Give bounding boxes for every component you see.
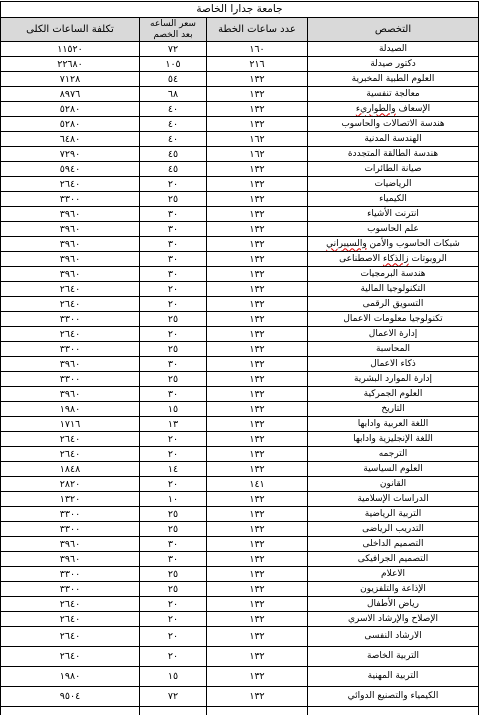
total-cell: ٥٢٨٠	[0, 102, 139, 117]
price-cell: ٣٠	[140, 207, 207, 222]
specialization-cell: الهندسة المدنية	[308, 132, 479, 147]
table-row: هندسة الاتصالات والحاسوب١٣٢٤٠٥٢٨٠	[0, 117, 478, 132]
price-cell: ٢٥	[140, 507, 207, 522]
specialization-cell: الكيمياء	[308, 192, 479, 207]
total-cell: ٣٣٠٠	[0, 342, 139, 357]
empty-cell	[308, 707, 479, 715]
price-cell: ٢٠	[140, 327, 207, 342]
price-cell: ١٥	[140, 402, 207, 417]
total-cell: ٨٩٧٦	[0, 87, 139, 102]
plan-hours-cell: ١٣٢	[207, 522, 308, 537]
total-cell: ١٣٢٠	[0, 492, 139, 507]
price-cell: ٣٠	[140, 387, 207, 402]
plan-hours-cell: ١٣٢	[207, 667, 308, 687]
plan-hours-cell: ١٣٢	[207, 432, 308, 447]
plan-hours-cell: ١٣٢	[207, 72, 308, 87]
price-cell: ٤٠	[140, 132, 207, 147]
table-row: الإذاعة والتلفزيون١٣٢٢٥٣٣٠٠	[0, 582, 478, 597]
empty-cell	[207, 707, 308, 715]
specialization-cell: صيانة الطائرات	[308, 162, 479, 177]
table-row: العلوم الجمركية١٣٢٣٠٣٩٦٠	[0, 387, 478, 402]
table-row: التربية الخاصة١٣٢٢٠٢٦٤٠	[0, 647, 478, 667]
specialization-cell: اللغة الإنجليزية وادابها	[308, 432, 479, 447]
table-row: التصميم الجرافيكى١٣٢٣٠٣٩٦٠	[0, 552, 478, 567]
table-row: القانون١٤١٢٠٢٨٢٠	[0, 477, 478, 492]
table-row: الاعلام١٣٢٢٥٣٣٠٠	[0, 567, 478, 582]
total-cell: ٩٥٠٤	[0, 687, 139, 707]
total-cell: ٣٣٠٠	[0, 567, 139, 582]
plan-hours-cell: ٢١٦	[207, 57, 308, 72]
plan-hours-cell: ١٣٢	[207, 282, 308, 297]
specialization-cell: المحاسبة	[308, 342, 479, 357]
price-cell: ٢٠	[140, 282, 207, 297]
total-cell: ٢٨٢٠	[0, 477, 139, 492]
price-cell: ٢٠	[140, 627, 207, 647]
table-row: التربية المهنية١٣٢١٥١٩٨٠	[0, 667, 478, 687]
total-cell: ٢٦٤٠	[0, 447, 139, 462]
specialization-cell: هندسة البرمجيات	[308, 267, 479, 282]
specialization-cell: العلوم الطبية المخبرية	[308, 72, 479, 87]
table-row: المحاسبة١٣٢٢٥٣٣٠٠	[0, 342, 478, 357]
table-row: الإصلاح والإرشاد الاسري١٣٢٢٠٢٦٤٠	[0, 612, 478, 627]
total-cell: ٢٦٤٠	[0, 432, 139, 447]
table-row: إدارة الموارد البشرية١٣٢٢٥٣٣٠٠	[0, 372, 478, 387]
specialization-cell: العلوم الجمركية	[308, 387, 479, 402]
specialization-cell: شبكات الحاسوب والأمن والسيبراني	[308, 237, 479, 252]
table-row: الإسعاف والطواريء١٣٢٤٠٥٢٨٠	[0, 102, 478, 117]
plan-hours-cell: ١٣٢	[207, 327, 308, 342]
price-cell: ٤٥	[140, 147, 207, 162]
price-cell: ٢٥	[140, 372, 207, 387]
specialization-cell: التدريب الرياضى	[308, 522, 479, 537]
table-row: رياض الأطفال١٣٢٢٠٢٦٤٠	[0, 597, 478, 612]
plan-hours-cell: ١٣٢	[207, 567, 308, 582]
specialization-cell: الكيمياء والتصنيع الدوائي	[308, 687, 479, 707]
table-row: إدارة الاعمال١٣٢٢٠٢٦٤٠	[0, 327, 478, 342]
specialization-cell: اللغة العربية وادابها	[308, 417, 479, 432]
header-price-line2: بعد الخصم	[142, 30, 204, 41]
total-cell: ٢٦٤٠	[0, 327, 139, 342]
specialization-cell: تكنولوجيا معلومات الاعمال	[308, 312, 479, 327]
table-row: هندسة الطالقة المتجددة١٦٢٤٥٧٢٩٠	[0, 147, 478, 162]
price-cell: ١٠٥	[140, 57, 207, 72]
plan-hours-cell: ١٣٢	[207, 102, 308, 117]
specialization-cell: الإسعاف والطواريء	[308, 102, 479, 117]
plan-hours-cell: ١٣٢	[207, 417, 308, 432]
total-cell: ٢٦٤٠	[0, 297, 139, 312]
total-cell: ٣٩٦٠	[0, 222, 139, 237]
total-cell: ٣٩٦٠	[0, 357, 139, 372]
table-row: التكنولوجيا المالية١٣٢٢٠٢٦٤٠	[0, 282, 478, 297]
price-cell: ٤٠	[140, 102, 207, 117]
table-row: الدراسات الإسلامية١٣٢١٠١٣٢٠	[0, 492, 478, 507]
plan-hours-cell: ١٣٢	[207, 297, 308, 312]
specialization-cell: التسويق الرقمى	[308, 297, 479, 312]
table-row: التصميم الداخلى١٣٢٣٠٣٩٦٠	[0, 537, 478, 552]
specialization-cell: التاريخ	[308, 402, 479, 417]
specialization-cell: إدارة الموارد البشرية	[308, 372, 479, 387]
total-cell: ٢٦٤٠	[0, 597, 139, 612]
total-cell: ٥٩٤٠	[0, 162, 139, 177]
total-cell: ٣٩٦٠	[0, 267, 139, 282]
total-cell: ١١٥٢٠	[0, 42, 139, 57]
price-cell: ٣٠	[140, 552, 207, 567]
price-cell: ٢٠	[140, 597, 207, 612]
table-row: التاريخ١٣٢١٥١٩٨٠	[0, 402, 478, 417]
plan-hours-cell: ١٣٢	[207, 447, 308, 462]
table-row: شبكات الحاسوب والأمن والسيبراني١٣٢٣٠٣٩٦٠	[0, 237, 478, 252]
total-cell: ١٩٨٠	[0, 402, 139, 417]
total-cell: ٣٩٦٠	[0, 207, 139, 222]
specialization-cell: التربية الخاصة	[308, 647, 479, 667]
total-cell: ٣٣٠٠	[0, 312, 139, 327]
price-cell: ٣٠	[140, 267, 207, 282]
specialization-cell: التربية المهنية	[308, 667, 479, 687]
price-cell: ٢٠	[140, 177, 207, 192]
price-cell: ٢٥	[140, 342, 207, 357]
specialization-cell: الارشاد النفسى	[308, 627, 479, 647]
specialization-cell: انترنت الأشياء	[308, 207, 479, 222]
total-cell: ٢٦٤٠	[0, 612, 139, 627]
plan-hours-cell: ١٣٢	[207, 357, 308, 372]
price-cell: ٢٥	[140, 312, 207, 327]
total-cell: ١٧١٦	[0, 417, 139, 432]
specialization-cell: الإذاعة والتلفزيون	[308, 582, 479, 597]
specialization-cell: علم الحاسوب	[308, 222, 479, 237]
partial-row	[0, 707, 478, 715]
specialization-cell: التصميم الجرافيكى	[308, 552, 479, 567]
total-cell: ٢٦٤٠	[0, 627, 139, 647]
price-cell: ٢٥	[140, 567, 207, 582]
plan-hours-cell: ١٣٢	[207, 647, 308, 667]
total-cell: ٧٢٩٠	[0, 147, 139, 162]
table-body: الصيدلة١٦٠٧٢١١٥٢٠دكتور صيدلة٢١٦١٠٥٢٢٦٨٠ا…	[0, 42, 478, 715]
plan-hours-cell: ١٣٢	[207, 312, 308, 327]
price-cell: ٤٠	[140, 117, 207, 132]
document-page: جامعة جدارا الخاصة التخصص عدد ساعات الخط…	[0, 0, 480, 715]
table-row: الصيدلة١٦٠٧٢١١٥٢٠	[0, 42, 478, 57]
plan-hours-cell: ١٣٢	[207, 597, 308, 612]
misspelled-text: والطواريء	[356, 104, 396, 114]
table-row: التسويق الرقمى١٣٢٢٠٢٦٤٠	[0, 297, 478, 312]
total-cell: ٣٣٠٠	[0, 522, 139, 537]
total-cell: ٥٢٨٠	[0, 117, 139, 132]
plan-hours-cell: ١٣٢	[207, 552, 308, 567]
table-row: الرياضيات١٣٢٢٠٢٦٤٠	[0, 177, 478, 192]
plan-hours-cell: ١٣٢	[207, 87, 308, 102]
specialization-cell: الإصلاح والإرشاد الاسري	[308, 612, 479, 627]
table-row: علم الحاسوب١٣٢٣٠٣٩٦٠	[0, 222, 478, 237]
total-cell: ٣٣٠٠	[0, 582, 139, 597]
price-cell: ٢٠	[140, 612, 207, 627]
table-row: معالجة تنفسية١٣٢٦٨٨٩٧٦	[0, 87, 478, 102]
total-cell: ٣٩٦٠	[0, 252, 139, 267]
specialization-cell: العلوم السياسية	[308, 462, 479, 477]
price-cell: ٣٠	[140, 357, 207, 372]
price-cell: ٤٥	[140, 162, 207, 177]
table-row: التربية الرياضية١٣٢٢٥٣٣٠٠	[0, 507, 478, 522]
empty-cell	[0, 707, 139, 715]
table-row: الكيمياء١٣٢٢٥٣٣٠٠	[0, 192, 478, 207]
specialization-cell: إدارة الاعمال	[308, 327, 479, 342]
price-cell: ١٥	[140, 667, 207, 687]
empty-cell	[140, 707, 207, 715]
plan-hours-cell: ١٣٢	[207, 342, 308, 357]
price-cell: ٢٠	[140, 447, 207, 462]
plan-hours-cell: ١٣٢	[207, 222, 308, 237]
plan-hours-cell: ١٣٢	[207, 267, 308, 282]
total-cell: ٣٣٠٠	[0, 372, 139, 387]
table-row: هندسة البرمجيات١٣٢٣٠٣٩٦٠	[0, 267, 478, 282]
plan-hours-cell: ١٣٢	[207, 237, 308, 252]
total-cell: ١٨٤٨	[0, 462, 139, 477]
price-cell: ١٤	[140, 462, 207, 477]
price-cell: ٧٢	[140, 42, 207, 57]
specialization-cell: ذكاء الاعمال	[308, 357, 479, 372]
plan-hours-cell: ١٦٠	[207, 42, 308, 57]
total-cell: ٦٤٨٠	[0, 132, 139, 147]
specialization-cell: الدراسات الإسلامية	[308, 492, 479, 507]
total-cell: ٢٢٦٨٠	[0, 57, 139, 72]
plan-hours-cell: ١٣٢	[207, 462, 308, 477]
specialization-cell: رياض الأطفال	[308, 597, 479, 612]
specialization-cell: الصيدلة	[308, 42, 479, 57]
specialization-cell: الاعلام	[308, 567, 479, 582]
table-row: العلوم السياسية١٣٢١٤١٨٤٨	[0, 462, 478, 477]
header-price-line1: سعر الساعه	[142, 19, 204, 30]
table-row: الارشاد النفسى١٣٢٢٠٢٦٤٠	[0, 627, 478, 647]
table-title: جامعة جدارا الخاصة	[0, 2, 478, 18]
total-cell: ٢٦٤٠	[0, 177, 139, 192]
plan-hours-cell: ١٣٢	[207, 372, 308, 387]
plan-hours-cell: ١٣٢	[207, 207, 308, 222]
price-cell: ٣٠	[140, 252, 207, 267]
table-row: انترنت الأشياء١٣٢٣٠٣٩٦٠	[0, 207, 478, 222]
table-row: ذكاء الاعمال١٣٢٣٠٣٩٦٠	[0, 357, 478, 372]
price-cell: ٣٠	[140, 537, 207, 552]
specialization-cell: التربية الرياضية	[308, 507, 479, 522]
price-cell: ١٣	[140, 417, 207, 432]
title-row: جامعة جدارا الخاصة	[0, 2, 478, 18]
table-row: العلوم الطبية المخبرية١٣٢٥٤٧١٢٨	[0, 72, 478, 87]
plan-hours-cell: ١٦٢	[207, 147, 308, 162]
table-row: صيانة الطائرات١٣٢٤٥٥٩٤٠	[0, 162, 478, 177]
total-cell: ٢٦٤٠	[0, 647, 139, 667]
total-cell: ٣٩٦٠	[0, 552, 139, 567]
plan-hours-cell: ١٣٢	[207, 162, 308, 177]
table-row: الهندسة المدنية١٦٢٤٠٦٤٨٠	[0, 132, 478, 147]
specialization-cell: دكتور صيدلة	[308, 57, 479, 72]
table-row: دكتور صيدلة٢١٦١٠٥٢٢٦٨٠	[0, 57, 478, 72]
header-row: التخصص عدد ساعات الخطة سعر الساعه بعد ال…	[0, 18, 478, 42]
total-cell: ٧١٢٨	[0, 72, 139, 87]
table-row: التدريب الرياضى١٣٢٢٥٣٣٠٠	[0, 522, 478, 537]
total-cell: ٣٩٦٠	[0, 537, 139, 552]
header-specialization: التخصص	[308, 18, 479, 42]
plan-hours-cell: ١٣٢	[207, 627, 308, 647]
total-cell: ١٩٨٠	[0, 667, 139, 687]
plan-hours-cell: ١٣٢	[207, 177, 308, 192]
plan-hours-cell: ١٣٢	[207, 612, 308, 627]
price-cell: ٦٨	[140, 87, 207, 102]
table-row: اللغة العربية وادابها١٣٢١٣١٧١٦	[0, 417, 478, 432]
plan-hours-cell: ١٣٢	[207, 387, 308, 402]
plan-hours-cell: ١٤١	[207, 477, 308, 492]
price-cell: ٢٠	[140, 647, 207, 667]
plan-hours-cell: ١٣٢	[207, 192, 308, 207]
specialization-cell: هندسة الاتصالات والحاسوب	[308, 117, 479, 132]
price-cell: ٢٥	[140, 192, 207, 207]
total-cell: ٣٩٦٠	[0, 237, 139, 252]
total-cell: ٣٣٠٠	[0, 192, 139, 207]
header-price-after-discount: سعر الساعه بعد الخصم	[140, 18, 207, 42]
price-cell: ٢٠	[140, 432, 207, 447]
price-cell: ١٠	[140, 492, 207, 507]
plan-hours-cell: ١٣٢	[207, 582, 308, 597]
specialization-cell: هندسة الطالقة المتجددة	[308, 147, 479, 162]
header-plan-hours: عدد ساعات الخطة	[207, 18, 308, 42]
misspelled-text: زالذكاء	[383, 254, 409, 264]
price-cell: ٧٢	[140, 687, 207, 707]
plan-hours-cell: ١٣٢	[207, 537, 308, 552]
header-total-cost: تكلفة الساعات الكلى	[0, 18, 139, 42]
specialization-cell: الرياضيات	[308, 177, 479, 192]
table-row: الترجمه١٣٢٢٠٢٦٤٠	[0, 447, 478, 462]
price-cell: ٢٥	[140, 522, 207, 537]
plan-hours-cell: ١٦٢	[207, 132, 308, 147]
specialization-cell: التصميم الداخلى	[308, 537, 479, 552]
price-cell: ٢٠	[140, 297, 207, 312]
price-cell: ٣٠	[140, 222, 207, 237]
plan-hours-cell: ١٣٢	[207, 117, 308, 132]
misspelled-text: والسيبراني	[326, 239, 367, 249]
specialization-cell: الروبوتات زالذكاء الاصطناعى	[308, 252, 479, 267]
table-row: اللغة الإنجليزية وادابها١٣٢٢٠٢٦٤٠	[0, 432, 478, 447]
plan-hours-cell: ١٣٢	[207, 252, 308, 267]
table-row: تكنولوجيا معلومات الاعمال١٣٢٢٥٣٣٠٠	[0, 312, 478, 327]
specialization-cell: التكنولوجيا المالية	[308, 282, 479, 297]
total-cell: ٣٣٠٠	[0, 507, 139, 522]
price-cell: ٢٥	[140, 582, 207, 597]
table-row: الكيمياء والتصنيع الدوائي١٣٢٧٢٩٥٠٤	[0, 687, 478, 707]
total-cell: ٢٦٤٠	[0, 282, 139, 297]
plan-hours-cell: ١٣٢	[207, 507, 308, 522]
specialization-cell: القانون	[308, 477, 479, 492]
plan-hours-cell: ١٣٢	[207, 402, 308, 417]
tuition-table: جامعة جدارا الخاصة التخصص عدد ساعات الخط…	[0, 1, 479, 715]
specialization-cell: الترجمه	[308, 447, 479, 462]
total-cell: ٣٩٦٠	[0, 387, 139, 402]
plan-hours-cell: ١٣٢	[207, 687, 308, 707]
table-row: الروبوتات زالذكاء الاصطناعى١٣٢٣٠٣٩٦٠	[0, 252, 478, 267]
price-cell: ٥٤	[140, 72, 207, 87]
specialization-cell: معالجة تنفسية	[308, 87, 479, 102]
plan-hours-cell: ١٣٢	[207, 492, 308, 507]
price-cell: ٣٠	[140, 237, 207, 252]
price-cell: ٢٠	[140, 477, 207, 492]
